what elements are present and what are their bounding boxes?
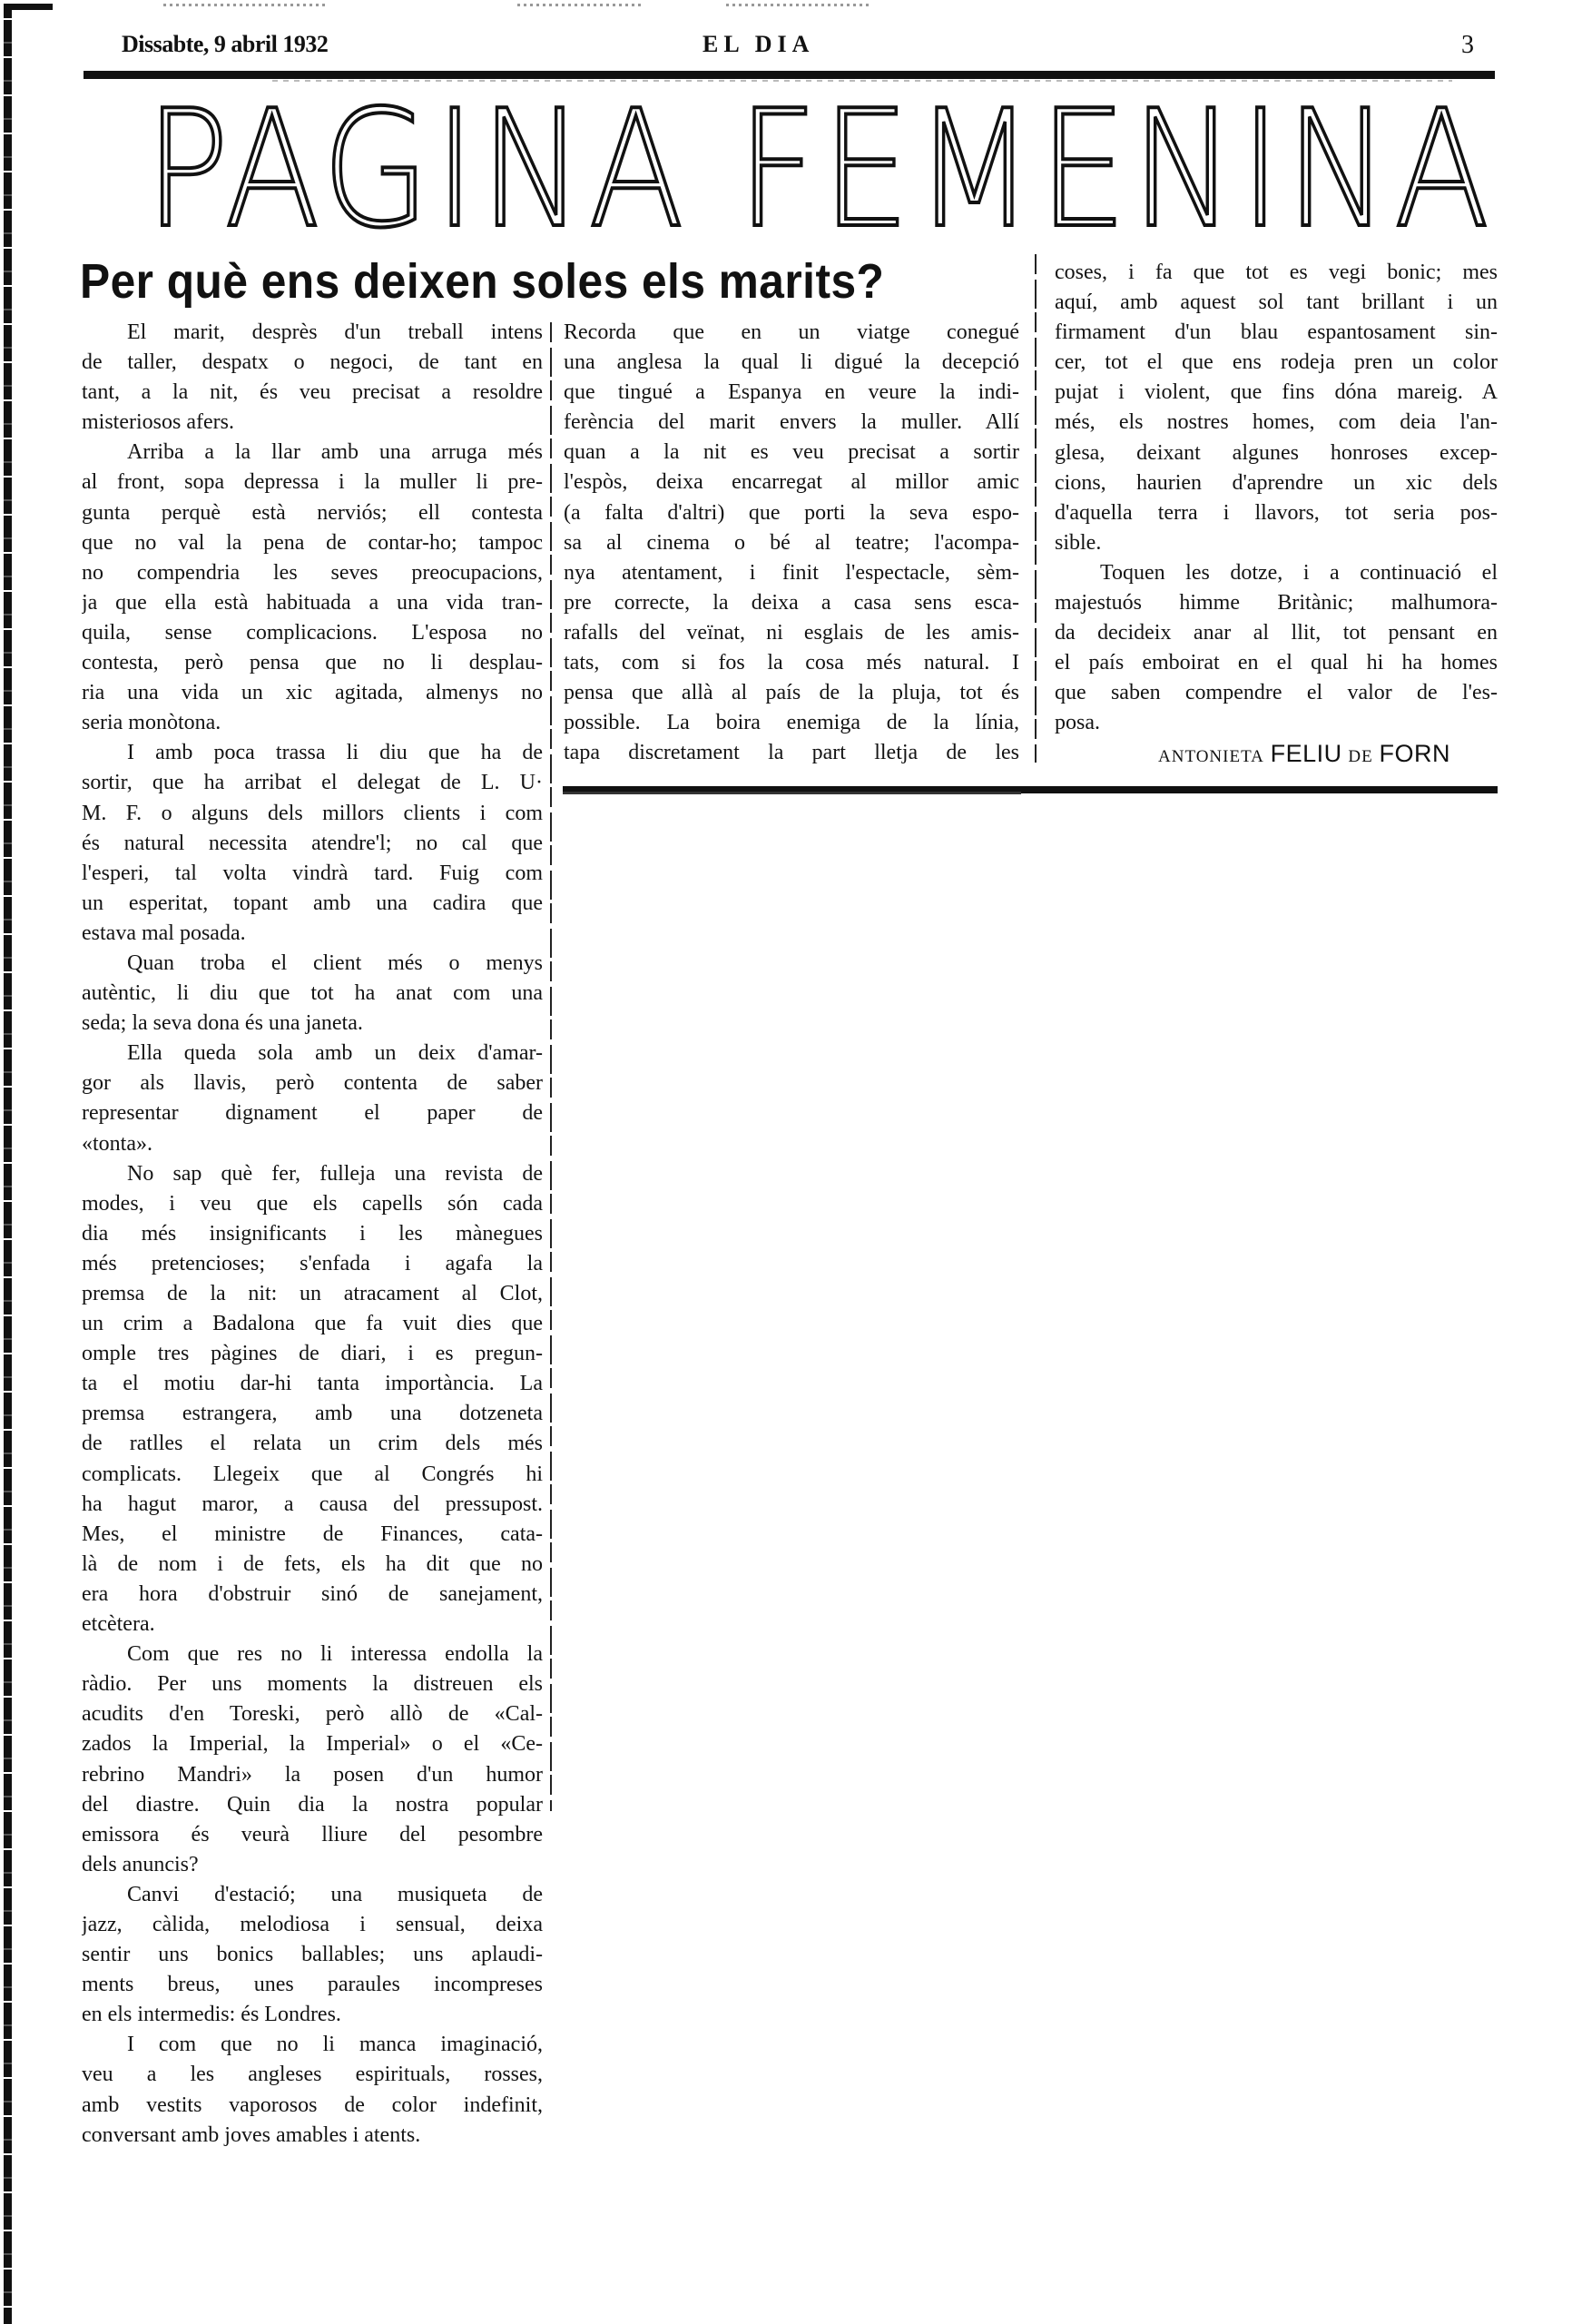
text-line: Mes, el ministre de Finances, cata- [82, 1520, 543, 1550]
text-line: glesa, deixant algunes honroses excep- [1055, 438, 1498, 468]
text-line: zados la Imperial, la Imperial» o el «Ce… [82, 1729, 543, 1759]
text-line: cions, haurien d'aprendre un xic dels [1055, 468, 1498, 498]
text-line: «tonta». [82, 1129, 543, 1159]
article-column-2: Recorda que en un viatge coneguéuna angl… [564, 318, 1019, 768]
byline-surname: FELIU [1271, 740, 1342, 767]
text-line: veu a les angleses espirituals, rosses, [82, 2060, 543, 2090]
text-line: ta el motiu dar-hi tanta importància. La [82, 1369, 543, 1399]
text-line: que tingué a Espanya en veure la indi- [564, 378, 1019, 408]
text-line: autèntic, li diu que tot ha anat com una [82, 979, 543, 1009]
text-line: tant, a la nit, és veu precisat a resold… [82, 378, 543, 408]
text-line: Ella queda sola amb un deix d'amar- [82, 1039, 543, 1068]
text-line: era hora d'obstruir sinó de sanejament, [82, 1580, 543, 1610]
text-line: al front, sopa depressa i la muller li p… [82, 468, 543, 497]
text-line: que no val la pena de contar-ho; tampoc [82, 528, 543, 558]
article-column-3: coses, i fa que tot es vegi bonic; mesaq… [1055, 258, 1498, 739]
text-line: complicats. Llegeix que al Congrés hi [82, 1460, 543, 1490]
text-line: l'espòs, deixa encarregat al millor amic [564, 468, 1019, 497]
newspaper-name: EL DIA [703, 31, 814, 58]
text-line: etcètera. [82, 1610, 543, 1640]
text-line: l'esperi, tal volta vindrà tard. Fuig co… [82, 859, 543, 889]
text-line: és natural necessita atendre'l; no cal q… [82, 829, 543, 859]
text-line: pre correcte, la deixa a casa sens esca- [564, 588, 1019, 618]
byline: Antonieta FELIU de FORN [1158, 740, 1450, 768]
text-line: nya atentament, i finit l'espectacle, sè… [564, 558, 1019, 588]
column-divider [1035, 254, 1037, 763]
text-line: posa. [1055, 708, 1498, 738]
text-line: firmament d'un blau espantosament sin- [1055, 318, 1498, 348]
newspaper-page: Dissabte, 9 abril 1932 EL DIA 3 PAGINA F… [0, 0, 1582, 2324]
text-line: possible. La boira enemiga de la línia, [564, 708, 1019, 738]
text-line: més, els nostres homes, com deia l'an- [1055, 408, 1498, 438]
text-line: quila, sense complicacions. L'esposa no [82, 618, 543, 648]
text-line: Recorda que en un viatge conegué [564, 318, 1019, 348]
text-line: emissora és veurà lliure del pesombre [82, 1820, 543, 1850]
article-headline: Per què ens deixen soles els marits? [80, 254, 884, 309]
text-line: Canvi d'estació; una musiqueta de [82, 1880, 543, 1910]
issue-date: Dissabte, 9 abril 1932 [122, 31, 328, 58]
text-line: gor als llavis, però contenta de saber [82, 1068, 543, 1098]
text-line: acudits d'en Toreski, però allò de «Cal- [82, 1699, 543, 1729]
text-line: ha hagut maror, a causa del pressupost. [82, 1490, 543, 1520]
text-line: pensa que allà al país de la pluja, tot … [564, 678, 1019, 708]
text-line: sentir uns bonics ballables; uns aplaudi… [82, 1940, 543, 1970]
text-line: quan a la nit es veu precisat a sortir [564, 438, 1019, 468]
text-line: ria una vida un xic agitada, almenys no [82, 678, 543, 708]
text-line: jazz, càlida, melodiosa i sensual, deixa [82, 1910, 543, 1940]
text-line: ments breus, unes paraules incompreses [82, 1970, 543, 2000]
text-line: de taller, despatx o negoci, de tant en [82, 348, 543, 378]
text-line: M. F. o alguns dels millors clients i co… [82, 799, 543, 829]
text-line: I com que no li manca imaginació, [82, 2030, 543, 2060]
text-line: Arriba a la llar amb una arruga més [82, 438, 543, 468]
text-line: d'aquella terra i llavors, tot seria pos… [1055, 498, 1498, 528]
page-number: 3 [1461, 31, 1474, 60]
text-line: Toquen les dotze, i a continuació el [1055, 558, 1498, 588]
text-line: dels anuncis? [82, 1850, 543, 1880]
text-line: rafalls del veïnat, ni esglais de les am… [564, 618, 1019, 648]
text-line: premsa estrangera, amb una dotzeneta [82, 1399, 543, 1429]
running-head: Dissabte, 9 abril 1932 EL DIA 3 [122, 31, 1492, 64]
text-line: ferència del marit envers la muller. All… [564, 408, 1019, 438]
text-line: seria monòtona. [82, 708, 543, 738]
text-line: sa al cinema o bé al teatre; l'acompa- [564, 528, 1019, 558]
text-line: no compendria les seves preocupacions, [82, 558, 543, 588]
byline-second-surname: FORN [1380, 740, 1451, 767]
text-line: contesta, però pensa que no li desplau- [82, 648, 543, 678]
text-line: de ratlles el relata un crim dels més [82, 1429, 543, 1459]
byline-particle: de [1348, 747, 1372, 766]
text-line: seda; la seva dona és una janeta. [82, 1009, 543, 1039]
text-line: ràdio. Per uns moments la distreuen els [82, 1669, 543, 1699]
text-line: modes, i veu que els capells són cada [82, 1189, 543, 1219]
text-line: premsa de la nit: un atracament al Clot, [82, 1279, 543, 1309]
text-line: coses, i fa que tot es vegi bonic; mes [1055, 258, 1498, 288]
text-line: omple tres pàgines de diari, i es pregun… [82, 1339, 543, 1369]
scan-artifact [726, 4, 871, 6]
text-line: aquí, amb aquest sol tant brillant i un [1055, 288, 1498, 318]
text-line: representar dignament el paper de [82, 1098, 543, 1128]
binding-edge [4, 5, 12, 2324]
text-line: sortir, que ha arribat el delegat de L. … [82, 768, 543, 798]
text-line: tats, com si fos la cosa més natural. I [564, 648, 1019, 678]
text-line: cer, tot el que ens rodeja pren un color [1055, 348, 1498, 378]
text-line: Quan troba el client més o menys [82, 949, 543, 979]
section-title: PAGINA FEMENINA [145, 102, 1262, 238]
text-line: del diastre. Quin dia la nostra popular [82, 1790, 543, 1820]
text-line: pujat i violent, que fins dóna mareig. A [1055, 378, 1498, 408]
scan-artifact [163, 4, 327, 6]
text-line: dia més insignificants i les mànegues [82, 1219, 543, 1249]
text-line: (a falta d'altri) que porti la seva espo… [564, 498, 1019, 528]
text-line: gunta perquè està nerviós; ell contesta [82, 498, 543, 528]
text-line: rebrino Mandri» la posen d'un humor [82, 1760, 543, 1790]
article-column-1: El marit, desprès d'un treball intensde … [82, 318, 543, 2151]
text-line: tapa discretament la part lletja de les [564, 738, 1019, 768]
text-line: un esperitat, topant amb una cadira que [82, 889, 543, 919]
text-line: en els intermedis: és Londres. [82, 2000, 543, 2030]
text-line: amb vestits vaporosos de color indefinit… [82, 2091, 543, 2121]
text-line: sible. [1055, 528, 1498, 558]
article-end-rule-shadow [563, 792, 1021, 794]
text-line: I amb poca trassa li diu que ha de [82, 738, 543, 768]
text-line: majestuós himme Britànic; malhumora- [1055, 588, 1498, 618]
column-divider [550, 322, 552, 1811]
text-line: el país emboirat en el qual hi ha homes [1055, 648, 1498, 678]
text-line: un crim a Badalona que fa vuit dies que [82, 1309, 543, 1339]
text-line: El marit, desprès d'un treball intens [82, 318, 543, 348]
text-line: conversant amb joves amables i atents. [82, 2121, 543, 2151]
text-line: que saben compendre el valor de l'es- [1055, 678, 1498, 708]
text-line: da decideix anar al llit, tot pensant en [1055, 618, 1498, 648]
text-line: misteriosos afers. [82, 408, 543, 438]
text-line: una anglesa la qual li digué la decepció [564, 348, 1019, 378]
text-line: més pretencioses; s'enfada i agafa la [82, 1249, 543, 1279]
scan-artifact [517, 4, 644, 6]
text-line: estava mal posada. [82, 919, 543, 949]
text-line: Com que res no li interessa endolla la [82, 1640, 543, 1669]
byline-first-name: Antonieta [1158, 747, 1264, 766]
text-line: No sap què fer, fulleja una revista de [82, 1159, 543, 1189]
text-line: là de nom i de fets, els ha dit que no [82, 1550, 543, 1580]
text-line: ja que ella està habituada a una vida tr… [82, 588, 543, 618]
